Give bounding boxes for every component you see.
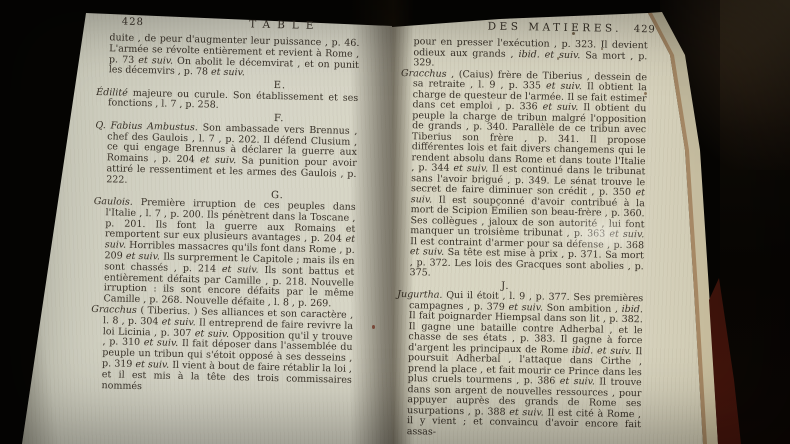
index-entry: Jugurtha. Qui il étoit , l. 9 , p. 377. … (395, 290, 644, 441)
right-page-header: DES MATIERES. 429 (402, 19, 648, 38)
right-page-number: 429 (634, 24, 656, 35)
index-entry: Gracchus ( Tiberius. ) Ses alliances et … (89, 305, 353, 397)
left-page-number: 428 (122, 17, 144, 28)
entry-headword: Gaulois. (94, 196, 133, 208)
right-page-content: DES MATIERES. 429 pour en presser l'exéc… (395, 19, 648, 441)
entry-headword: Q. Fabius Ambustus. (95, 120, 198, 133)
left-page-text: duite , de peur d'augmenter leur puissan… (89, 33, 359, 397)
entry-headword: Gracchus (91, 304, 137, 316)
index-entry: Gaulois. Première irruption de ces peupl… (91, 197, 355, 311)
index-entry: Gracchus , (Caius) frère de Tiberius , d… (397, 68, 647, 282)
right-page-text: pour en presser l'exécution , p. 323. Il… (395, 37, 648, 441)
left-running-title: TABLE (195, 17, 375, 33)
index-entry: Q. Fabius Ambustus. Son ambassade vers B… (94, 121, 357, 192)
photo-book-spread: 428 TABLE duite , de peur d'augmenter le… (0, 0, 790, 444)
entry-headword: Édilité (96, 87, 128, 99)
index-entry: duite , de peur d'augmenter leur puissan… (97, 33, 360, 82)
entry-headword: Jugurtha. (397, 289, 442, 301)
left-page-content: 428 TABLE duite , de peur d'augmenter le… (89, 15, 359, 397)
entry-headword: Gracchus (401, 67, 447, 79)
